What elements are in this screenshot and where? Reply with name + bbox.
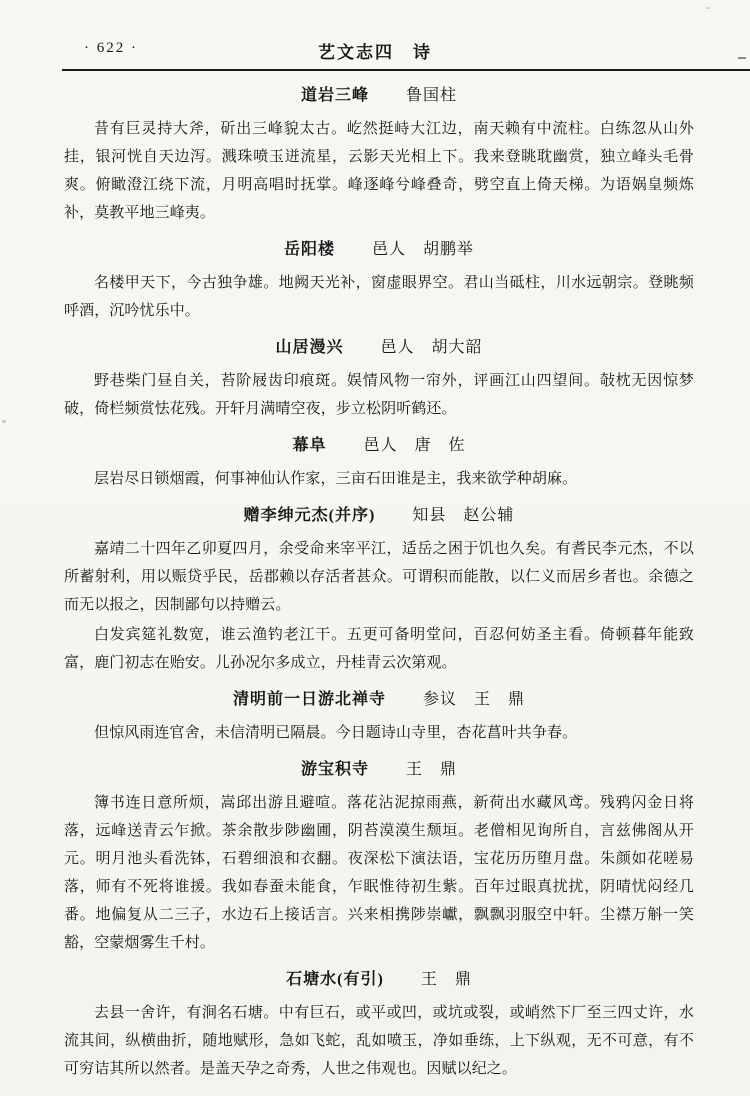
poem-preface-paragraph: 嘉靖二十四年乙卯夏四月，余受命来宰平江，适岳之困于饥也久矣。有耆民李元杰，不以所… (64, 535, 694, 619)
poem-section: 清明前一日游北禅寺 参议 王 鼎 但惊风雨连官舍，未信清明已隔晨。今日题诗山寺里… (64, 690, 694, 747)
poem-section: 山居漫兴 邑人 胡大韶 野巷柴门昼自关，苔阶屐齿印痕斑。娱情风物一帘外，评画江山… (64, 338, 694, 423)
poem-section: 赠李绅元杰(并序) 知县 赵公辅 嘉靖二十四年乙卯夏四月，余受命来宰平江，适岳之… (64, 506, 694, 677)
poem-heading: 道岩三峰 鲁国柱 (64, 86, 694, 106)
poem-byline: 参议 王 鼎 (423, 691, 525, 708)
page-content: 道岩三峰 鲁国柱 昔有巨灵持大斧，斫出三峰貌太古。屹然挺峙大江边，南天赖有中流柱… (0, 71, 750, 1083)
poem-paragraph: 野巷柴门昼自关，苔阶屐齿印痕斑。娱情风物一帘外，评画江山四望间。敧枕无因惊梦破，… (64, 367, 694, 423)
poem-title: 石塘水(有引) (286, 971, 384, 988)
poem-section: 幕阜 邑人 唐 佐 层岩尽日锁烟霞，何事神仙认作家，三亩石田谁是主，我来欲学种胡… (64, 436, 694, 493)
poem-heading: 石塘水(有引) 王 鼎 (64, 970, 694, 990)
poem-heading: 山居漫兴 邑人 胡大韶 (64, 338, 694, 358)
poem-section: 游宝积寺 王 鼎 簿书连日意所烦，嵩邱出游且避喧。落花沾泥掠雨燕，新荷出水藏风鸢… (64, 760, 694, 957)
poem-section: 石塘水(有引) 王 鼎 去县一舍许，有涧名石塘。中有巨石，或平或凹，或坑或裂，或… (64, 970, 694, 1083)
poem-title: 赠李绅元杰(并序) (244, 507, 376, 524)
poem-section: 道岩三峰 鲁国柱 昔有巨灵持大斧，斫出三峰貌太古。屹然挺峙大江边，南天赖有中流柱… (64, 86, 694, 227)
poem-section: 岳阳楼 邑人 胡鹏举 名楼甲天下，今古独争雄。地阙天光补，窗虚眼界空。君山当砥柱… (64, 240, 694, 325)
poem-heading: 幕阜 邑人 唐 佐 (64, 436, 694, 456)
scan-artifact (2, 420, 6, 423)
poem-heading: 游宝积寺 王 鼎 (64, 760, 694, 780)
poem-byline: 王 鼎 (421, 971, 472, 988)
poem-byline: 邑人 唐 佐 (364, 437, 466, 454)
running-header-title: 艺文志四 诗 (0, 38, 750, 63)
poem-title: 山居漫兴 (275, 339, 343, 356)
page-header: · 622 · 艺文志四 诗 (0, 0, 750, 60)
poem-title: 游宝积寺 (301, 761, 369, 778)
poem-paragraph: 昔有巨灵持大斧，斫出三峰貌太古。屹然挺峙大江边，南天赖有中流柱。白练忽从山外挂，… (64, 115, 694, 227)
poem-heading: 赠李绅元杰(并序) 知县 赵公辅 (64, 506, 694, 526)
poem-heading: 岳阳楼 邑人 胡鹏举 (64, 240, 694, 260)
poem-title: 岳阳楼 (284, 241, 335, 258)
poem-heading: 清明前一日游北禅寺 参议 王 鼎 (64, 690, 694, 710)
scanned-book-page: ¨ · 622 · 艺文志四 诗 道岩三峰 鲁国柱 昔有巨灵持大斧，斫出三峰貌太… (0, 0, 750, 1096)
poem-preface-paragraph: 去县一舍许，有涧名石塘。中有巨石，或平或凹，或坑或裂，或峭然下厂至三四丈许，水流… (64, 999, 694, 1083)
poem-title: 幕阜 (292, 437, 326, 454)
poem-paragraph: 白发宾筵礼数宽，谁云渔钓老江干。五更可备明堂问，百忍何妨圣主看。倚顿暮年能致富，… (64, 621, 694, 677)
poem-byline: 王 鼎 (406, 761, 457, 778)
poem-paragraph: 层岩尽日锁烟霞，何事神仙认作家，三亩石田谁是主，我来欲学种胡麻。 (64, 465, 694, 493)
poem-title: 道岩三峰 (301, 87, 369, 104)
poem-byline: 知县 赵公辅 (412, 507, 514, 524)
poem-paragraph: 但惊风雨连官舍，未信清明已隔晨。今日题诗山寺里，杏花菖叶共争春。 (64, 719, 694, 747)
poem-title: 清明前一日游北禅寺 (233, 691, 386, 708)
poem-byline: 邑人 胡鹏举 (372, 241, 474, 258)
poem-byline: 邑人 胡大韶 (381, 339, 483, 356)
poem-paragraph: 名楼甲天下，今古独争雄。地阙天光补，窗虚眼界空。君山当砥柱，川水远朝宗。登眺频呼… (64, 269, 694, 325)
poem-paragraph: 簿书连日意所烦，嵩邱出游且避喧。落花沾泥掠雨燕，新荷出水藏风鸢。残鸦闪金日将落，… (64, 789, 694, 957)
poem-byline: 鲁国柱 (406, 87, 457, 104)
